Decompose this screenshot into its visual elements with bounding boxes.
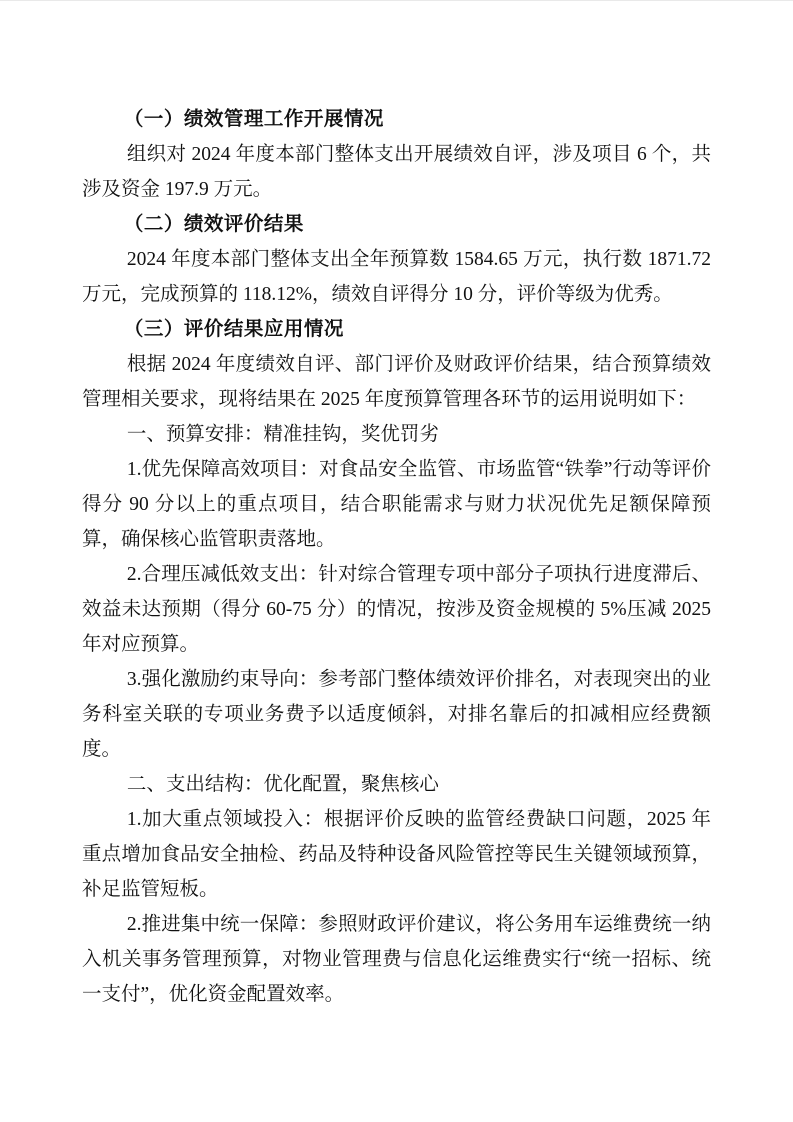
paragraph-budget-execution-results: 2024 年度本部门整体支出全年预算数 1584.65 万元，执行数 1871.…: [82, 242, 711, 312]
section-heading-performance-management-work: （一）绩效管理工作开展情况: [82, 102, 711, 137]
subheading-expenditure-structure: 二、支出结构：优化配置，聚焦核心: [82, 767, 711, 802]
section-heading-evaluation-results: （二）绩效评价结果: [82, 207, 711, 242]
paragraph-item2-centralized-guarantee: 2.推进集中统一保障：参照财政评价建议，将公务用车运维费统一纳入机关事务管理预算…: [82, 907, 711, 1012]
paragraph-item1-priority-projects: 1.优先保障高效项目：对食品安全监管、市场监管“铁拳”行动等评价得分 90 分以…: [82, 452, 711, 557]
document-page: （一）绩效管理工作开展情况 组织对 2024 年度本部门整体支出开展绩效自评，涉…: [0, 0, 793, 1122]
paragraph-item2-reduce-low-efficiency: 2.合理压减低效支出：针对综合管理专项中部分子项执行进度滞后、效益未达预期（得分…: [82, 557, 711, 662]
paragraph-results-application-intro: 根据 2024 年度绩效自评、部门评价及财政评价结果，结合预算绩效管理相关要求，…: [82, 347, 711, 417]
paragraph-self-evaluation-scope: 组织对 2024 年度本部门整体支出开展绩效自评，涉及项目 6 个，共涉及资金 …: [82, 137, 711, 207]
section-heading-results-application: （三）评价结果应用情况: [82, 312, 711, 347]
paragraph-item1-key-area-investment: 1.加大重点领域投入：根据评价反映的监管经费缺口问题，2025 年重点增加食品安…: [82, 802, 711, 907]
subheading-budget-arrangement: 一、预算安排：精准挂钩，奖优罚劣: [82, 417, 711, 452]
paragraph-item3-incentive-constraint: 3.强化激励约束导向：参考部门整体绩效评价排名，对表现突出的业务科室关联的专项业…: [82, 662, 711, 767]
